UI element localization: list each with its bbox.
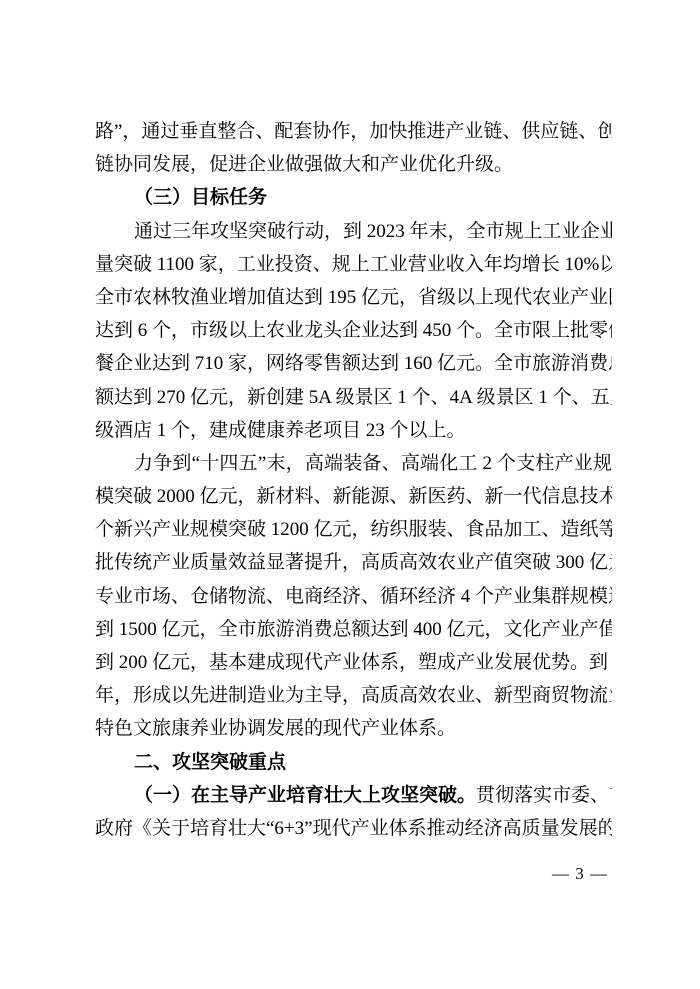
- text-segment: 到 1500 亿元，全市旅游消费总额达到 400 亿元，文化产业产值达: [95, 619, 612, 640]
- heading-line: （三）目标任务: [95, 181, 612, 214]
- text-segment: 级酒店 1 个，建成健康养老项目 23 个以上。: [95, 420, 466, 441]
- text-line: 特色文旅康养业协调发展的现代产业体系。: [95, 712, 612, 745]
- text-segment: 专业市场、仓储物流、电商经济、循环经济 4 个产业集群规模达: [95, 586, 612, 607]
- text-segment: （一）在主导产业培育壮大上攻坚突破。: [134, 785, 476, 806]
- text-segment: 批传统产业质量效益显著提升，高质高效农业产值突破 300 亿元，: [95, 552, 612, 573]
- text-segment: 全市农林牧渔业增加值达到 195 亿元，省级以上现代农业产业园: [95, 287, 612, 308]
- text-line: 通过三年攻坚突破行动，到 2023 年末，全市规上工业企业数: [95, 215, 612, 248]
- text-line: 达到 6 个，市级以上农业龙头企业达到 450 个。全市限上批零住: [95, 314, 612, 347]
- text-segment: 贯彻落实市委、市: [476, 785, 612, 806]
- text-line: 到 1500 亿元，全市旅游消费总额达到 400 亿元，文化产业产值达: [95, 613, 612, 646]
- text-segment: 特色文旅康养业协调发展的现代产业体系。: [95, 718, 456, 739]
- text-segment: （三）目标任务: [134, 187, 267, 208]
- text-segment: 年，形成以先进制造业为主导，高质高效农业、新型商贸物流业、: [95, 685, 612, 706]
- text-line: 模突破 2000 亿元，新材料、新能源、新医药、新一代信息技术 4: [95, 480, 612, 513]
- text-segment: 个新兴产业规模突破 1200 亿元，纺织服装、食品加工、造纸等一: [95, 519, 612, 540]
- text-line: 力争到“十四五”末，高端装备、高端化工 2 个支柱产业规: [95, 447, 612, 480]
- text-segment: 到 200 亿元，基本建成现代产业体系，塑成产业发展优势。到 2030: [95, 652, 612, 673]
- document-lines: 路”，通过垂直整合、配套协作，加快推进产业链、供应链、创新链协同发展，促进企业做…: [95, 115, 612, 845]
- document-page: 路”，通过垂直整合、配套协作，加快推进产业链、供应链、创新链协同发展，促进企业做…: [0, 0, 700, 989]
- text-line: 额达到 270 亿元，新创建 5A 级景区 1 个、4A 级景区 1 个、五星: [95, 381, 612, 414]
- text-line: 专业市场、仓储物流、电商经济、循环经济 4 个产业集群规模达: [95, 580, 612, 613]
- text-line: 餐企业达到 710 家，网络零售额达到 160 亿元。全市旅游消费总: [95, 347, 612, 380]
- text-line: 到 200 亿元，基本建成现代产业体系，塑成产业发展优势。到 2030: [95, 646, 612, 679]
- text-line: 政府《关于培育壮大“6+3”现代产业体系推动经济高质量发展的: [95, 812, 612, 845]
- text-segment: 额达到 270 亿元，新创建 5A 级景区 1 个、4A 级景区 1 个、五星: [95, 387, 612, 408]
- text-line: （一）在主导产业培育壮大上攻坚突破。贯彻落实市委、市: [95, 779, 612, 812]
- text-segment: 二、攻坚突破重点: [134, 752, 286, 773]
- text-segment: 餐企业达到 710 家，网络零售额达到 160 亿元。全市旅游消费总: [95, 353, 612, 374]
- text-line: 个新兴产业规模突破 1200 亿元，纺织服装、食品加工、造纸等一: [95, 513, 612, 546]
- text-line: 全市农林牧渔业增加值达到 195 亿元，省级以上现代农业产业园: [95, 281, 612, 314]
- text-line: 链协同发展，促进企业做强做大和产业优化升级。: [95, 148, 612, 181]
- text-line: 级酒店 1 个，建成健康养老项目 23 个以上。: [95, 414, 612, 447]
- text-line: 路”，通过垂直整合、配套协作，加快推进产业链、供应链、创新: [95, 115, 612, 148]
- text-segment: 通过三年攻坚突破行动，到 2023 年末，全市规上工业企业数: [134, 221, 612, 242]
- page-number: — 3 —: [552, 862, 608, 886]
- text-line: 年，形成以先进制造业为主导，高质高效农业、新型商贸物流业、: [95, 679, 612, 712]
- text-segment: 力争到“十四五”末，高端装备、高端化工 2 个支柱产业规: [134, 453, 612, 474]
- text-segment: 政府《关于培育壮大“6+3”现代产业体系推动经济高质量发展的: [95, 818, 612, 839]
- text-segment: 达到 6 个，市级以上农业龙头企业达到 450 个。全市限上批零住: [95, 320, 612, 341]
- text-segment: 量突破 1100 家，工业投资、规上工业营业收入年均增长 10%以上。: [95, 254, 612, 275]
- text-line: 批传统产业质量效益显著提升，高质高效农业产值突破 300 亿元，: [95, 546, 612, 579]
- text-segment: 模突破 2000 亿元，新材料、新能源、新医药、新一代信息技术 4: [95, 486, 612, 507]
- text-line: 量突破 1100 家，工业投资、规上工业营业收入年均增长 10%以上。: [95, 248, 612, 281]
- text-segment: 链协同发展，促进企业做强做大和产业优化升级。: [95, 154, 513, 175]
- text-segment: 路”，通过垂直整合、配套协作，加快推进产业链、供应链、创新: [95, 121, 612, 142]
- heading-line: 二、攻坚突破重点: [95, 746, 612, 779]
